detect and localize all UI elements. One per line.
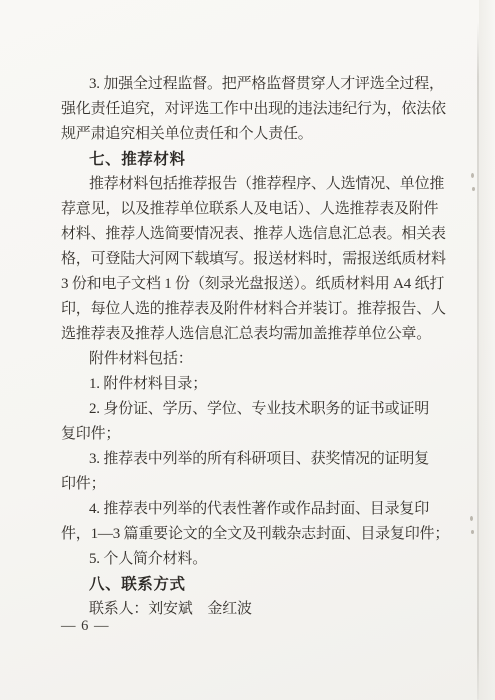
text-line: 规严肃追究相关单位责任和个人责任。 [61,122,457,147]
text-line: 强化责任追究，对评选工作中出现的违法违纪行为，依法依 [61,97,457,122]
section-heading: 七、推荐材料 [61,147,457,172]
scan-edge-shadow [477,22,479,700]
text-line: 5. 个人简介材料。 [61,547,457,572]
text-line: 格，可登陆大河网下载填写。报送材料时，需报送纸质材料 [61,247,457,272]
text-line: 附件材料包括： [61,347,457,372]
scan-speck [471,173,474,178]
text-line: 复印件； [61,422,457,447]
scan-speck [472,187,475,191]
text-line: 联系人：刘安斌 金红波 [61,597,457,622]
text-line: 印件； [61,472,457,497]
document-page: 3. 加强全过程监督。把严格监督贯穿人才评选全过程，强化责任追究，对评选工作中出… [0,0,495,700]
section-heading: 八、联系方式 [61,572,457,597]
document-body: 3. 加强全过程监督。把严格监督贯穿人才评选全过程，强化责任追究，对评选工作中出… [61,72,457,622]
text-line: 材料、推荐人选简要情况表、推荐人选信息汇总表。相关表 [61,222,457,247]
text-line: 件，1—3 篇重要论文的全文及刊载杂志封面、目录复印件； [61,522,457,547]
text-line: 荐意见，以及推荐单位联系人及电话）、人选推荐表及附件 [61,197,457,222]
scan-speck [471,530,474,534]
page-footer: — 6 — [61,614,110,639]
text-line: 印，每位人选的推荐表及附件材料合并装订。推荐报告、人 [61,297,457,322]
text-line: 1. 附件材料目录； [61,372,457,397]
text-line: 2. 身份证、学历、学位、专业技术职务的证书或证明 [61,397,457,422]
page-number: — 6 — [61,618,110,634]
scan-edge-highlight [479,0,495,700]
text-line: 3. 加强全过程监督。把严格监督贯穿人才评选全过程， [61,72,457,97]
text-line: 3. 推荐表中列举的所有科研项目、获奖情况的证明复 [61,447,457,472]
text-line: 3 份和电子文档 1 份（刻录光盘报送）。纸质材料用 A4 纸打 [61,272,457,297]
scan-speck [470,516,473,521]
text-line: 4. 推荐表中列举的代表性著作或作品封面、目录复印 [61,497,457,522]
text-line: 推荐材料包括推荐报告（推荐程序、人选情况、单位推 [61,172,457,197]
text-line: 选推荐表及推荐人选信息汇总表均需加盖推荐单位公章。 [61,322,457,347]
